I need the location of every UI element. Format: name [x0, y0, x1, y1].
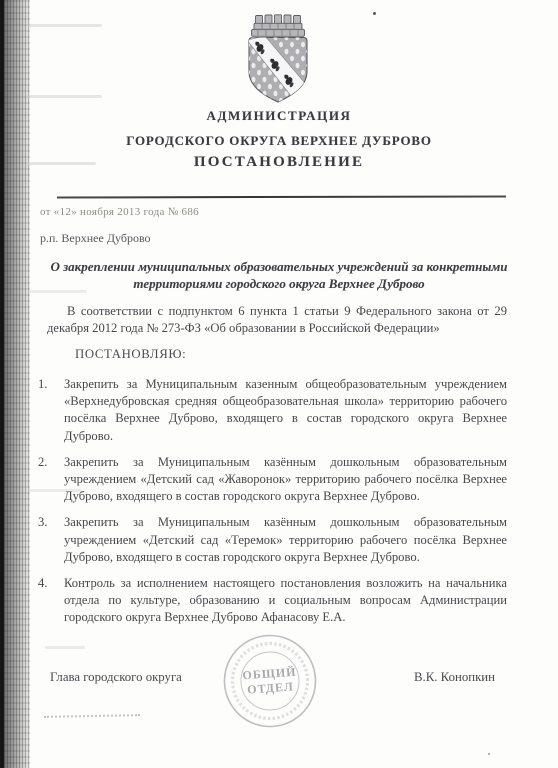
signature-name: В.К. Конопкин [414, 670, 495, 685]
item-text: Контроль за исполнением настоящего поста… [64, 575, 507, 627]
resolution-list: 1. Закрепить за Муниципальным казенным о… [38, 376, 507, 636]
org-name-line1: АДМИНИСТРАЦИЯ [30, 108, 528, 124]
list-item: 3. Закрепить за Муниципальным казённым д… [38, 514, 507, 566]
coat-of-arms-icon [245, 13, 311, 105]
scanned-document-page: АДМИНИСТРАЦИЯ ГОРОДСКОГО ОКРУГА ВЕРХНЕЕ … [0, 0, 558, 768]
item-text: Закрепить за Муниципальным казённым дошк… [64, 454, 507, 506]
list-item: 4. Контроль за исполнением настоящего по… [38, 575, 507, 627]
scan-streak [26, 95, 102, 98]
item-text: Закрепить за Муниципальным казенным обще… [64, 376, 507, 445]
item-number: 4. [38, 575, 64, 627]
document-type-heading: ПОСТАНОВЛЕНИЕ [30, 154, 528, 171]
scan-edge-shadow [4, 0, 30, 768]
signature-squiggle [44, 714, 140, 718]
list-item: 1. Закрепить за Муниципальным казенным о… [38, 376, 507, 445]
scan-speck [488, 753, 490, 755]
scan-streak [45, 646, 85, 649]
preamble-paragraph: В соответствии с подпунктом 6 пункта 1 с… [47, 303, 507, 337]
round-stamp: ОБЩИЙ ОТДЕЛ [222, 633, 318, 729]
item-number: 1. [38, 376, 64, 445]
org-name-line2: ГОРОДСКОГО ОКРУГА ВЕРХНЕЕ ДУБРОВО [30, 133, 528, 149]
document-title: О закреплении муниципальных образователь… [36, 258, 522, 292]
list-item: 2. Закрепить за Муниципальным казённым д… [38, 454, 507, 506]
header-rule [57, 196, 506, 199]
scan-streak [28, 24, 102, 27]
scan-speck [373, 12, 376, 15]
date-number-line: от «12» ноября 2013 года № 686 [40, 206, 199, 218]
resolve-word: ПОСТАНОВЛЯЮ: [75, 347, 186, 362]
item-number: 3. [38, 514, 64, 566]
place-line: р.п. Верхнее Дуброво [40, 231, 151, 246]
item-number: 2. [38, 454, 64, 506]
signature-position: Глава городского округа [50, 670, 182, 685]
stamp-line2: ОТДЕЛ [247, 679, 294, 696]
item-text: Закрепить за Муниципальным казённым дошк… [64, 514, 507, 566]
